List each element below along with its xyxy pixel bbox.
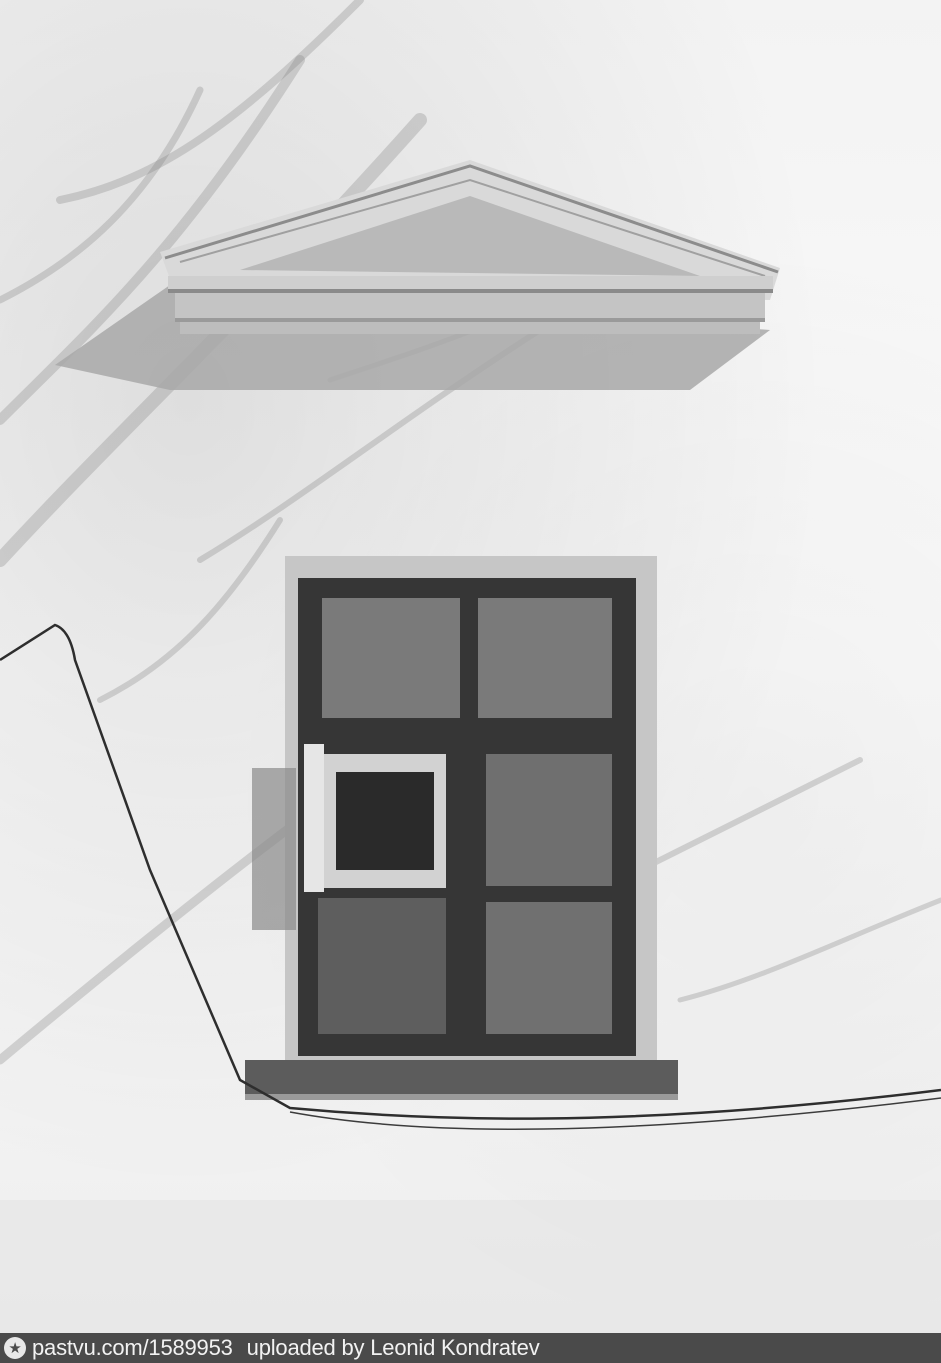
photo-stage: ★ pastvu.com/1589953 uploaded by Leonid … xyxy=(0,0,941,1363)
window xyxy=(252,578,636,1056)
window-sill xyxy=(245,1060,678,1096)
star-icon: ★ xyxy=(4,1337,26,1359)
wall-plinth xyxy=(0,1200,941,1333)
photo-scene xyxy=(0,0,941,1333)
watermark-url[interactable]: pastvu.com/1589953 xyxy=(32,1335,233,1361)
watermark-credit: uploaded by Leonid Kondratev xyxy=(247,1335,540,1361)
watermark-bar: ★ pastvu.com/1589953 uploaded by Leonid … xyxy=(0,1333,941,1363)
pediment xyxy=(160,160,780,334)
